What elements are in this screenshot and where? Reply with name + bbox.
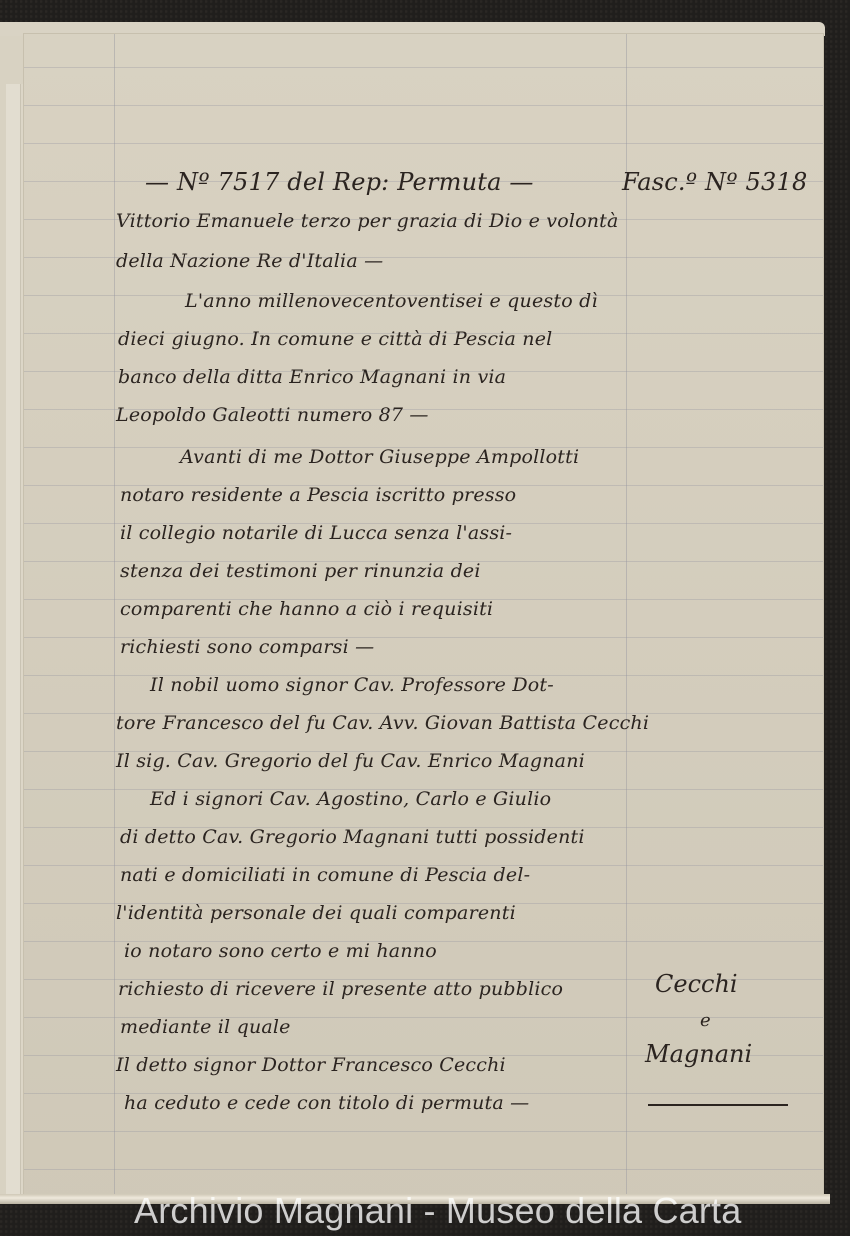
text-line: comparenti che hanno a ciò i requisiti xyxy=(120,598,493,620)
binding-edges xyxy=(6,84,21,1194)
text-line: nati e domiciliati in comune di Pescia d… xyxy=(120,864,530,886)
margin-note-and: e xyxy=(700,1010,711,1031)
text-line: Ed i signori Cav. Agostino, Carlo e Giul… xyxy=(150,788,551,810)
text-line: di detto Cav. Gregorio Magnani tutti pos… xyxy=(120,826,585,848)
text-line: stenza dei testimoni per rinunzia dei xyxy=(120,560,481,582)
text-line: il collegio notarile di Lucca senza l'as… xyxy=(120,522,512,544)
left-margin-line xyxy=(114,34,115,1194)
text-line: l'identità personale dei quali comparent… xyxy=(116,902,516,924)
margin-note-magnani: Magnani xyxy=(645,1040,752,1068)
text-line: richiesto di ricevere il presente atto p… xyxy=(118,978,563,1000)
text-line: Leopoldo Galeotti numero 87 — xyxy=(116,404,429,426)
text-line: ha ceduto e cede con titolo di permuta — xyxy=(124,1092,529,1114)
text-line: richiesti sono comparsi — xyxy=(120,636,374,658)
signature-flourish xyxy=(648,1104,788,1106)
text-line: Il nobil uomo signor Cav. Professore Dot… xyxy=(150,674,554,696)
margin-note-cecchi: Cecchi xyxy=(655,970,738,998)
text-line: io notaro sono certo e mi hanno xyxy=(124,940,437,962)
header-repertory-number: — Nº 7517 del Rep: Permuta — xyxy=(145,168,534,196)
text-line: Il sig. Cav. Gregorio del fu Cav. Enrico… xyxy=(116,750,585,772)
right-margin-line xyxy=(626,34,627,1194)
text-line: della Nazione Re d'Italia — xyxy=(116,250,383,272)
archive-watermark: Archivio Magnani - Museo della Carta xyxy=(134,1190,741,1232)
text-line: notaro residente a Pescia iscritto press… xyxy=(120,484,516,506)
text-line: tore Francesco del fu Cav. Avv. Giovan B… xyxy=(116,712,649,734)
text-line: banco della ditta Enrico Magnani in via xyxy=(118,366,506,388)
header-file-number: Fasc.º Nº 5318 xyxy=(622,168,807,196)
text-line: mediante il quale xyxy=(120,1016,291,1038)
text-line: dieci giugno. In comune e città di Pesci… xyxy=(118,328,552,350)
text-line: Vittorio Emanuele terzo per grazia di Di… xyxy=(116,210,619,232)
text-line: Avanti di me Dottor Giuseppe Ampollotti xyxy=(180,446,579,468)
text-line: L'anno millenovecentoventisei e questo d… xyxy=(185,290,598,312)
text-line: Il detto signor Dottor Francesco Cecchi xyxy=(116,1054,506,1076)
